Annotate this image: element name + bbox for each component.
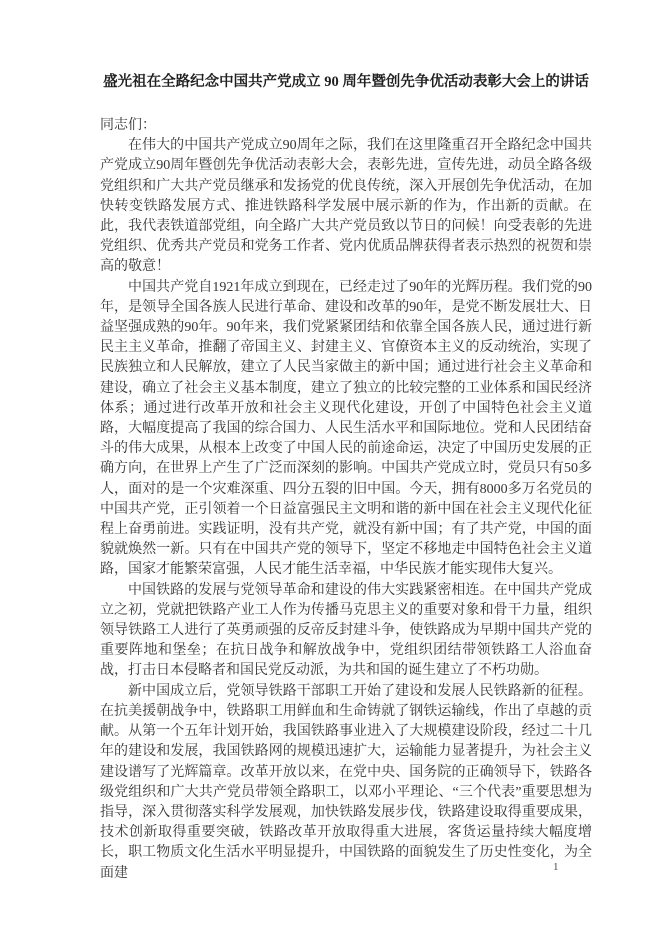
document-body: 盛光祖在全路纪念中国共产党成立 90 周年暨创先争优活动表彰大会上的讲话 同志们… bbox=[100, 74, 592, 884]
document-title: 盛光祖在全路纪念中国共产党成立 90 周年暨创先争优活动表彰大会上的讲话 bbox=[100, 74, 592, 91]
page-number: 1 bbox=[553, 860, 559, 874]
paragraph-1: 在伟大的中国共产党成立90周年之际，我们在这里隆重召开全路纪念中国共产党成立90… bbox=[100, 136, 592, 277]
document-page: 盛光祖在全路纪念中国共产党成立 90 周年暨创先争优活动表彰大会上的讲话 同志们… bbox=[0, 0, 661, 935]
paragraph-2: 中国共产党自1921年成立到现在，已经走过了90年的光辉历程。我们党的90年，是… bbox=[100, 278, 592, 581]
paragraph-3: 中国铁路的发展与党领导革命和建设的伟大实践紧密相连。在中国共产党成立之初，党就把… bbox=[100, 581, 592, 682]
salutation: 同志们： bbox=[100, 116, 592, 136]
paragraph-4: 新中国成立后，党领导铁路干部职工开始了建设和发展人民铁路新的征程。在抗美援朝战争… bbox=[100, 682, 592, 884]
